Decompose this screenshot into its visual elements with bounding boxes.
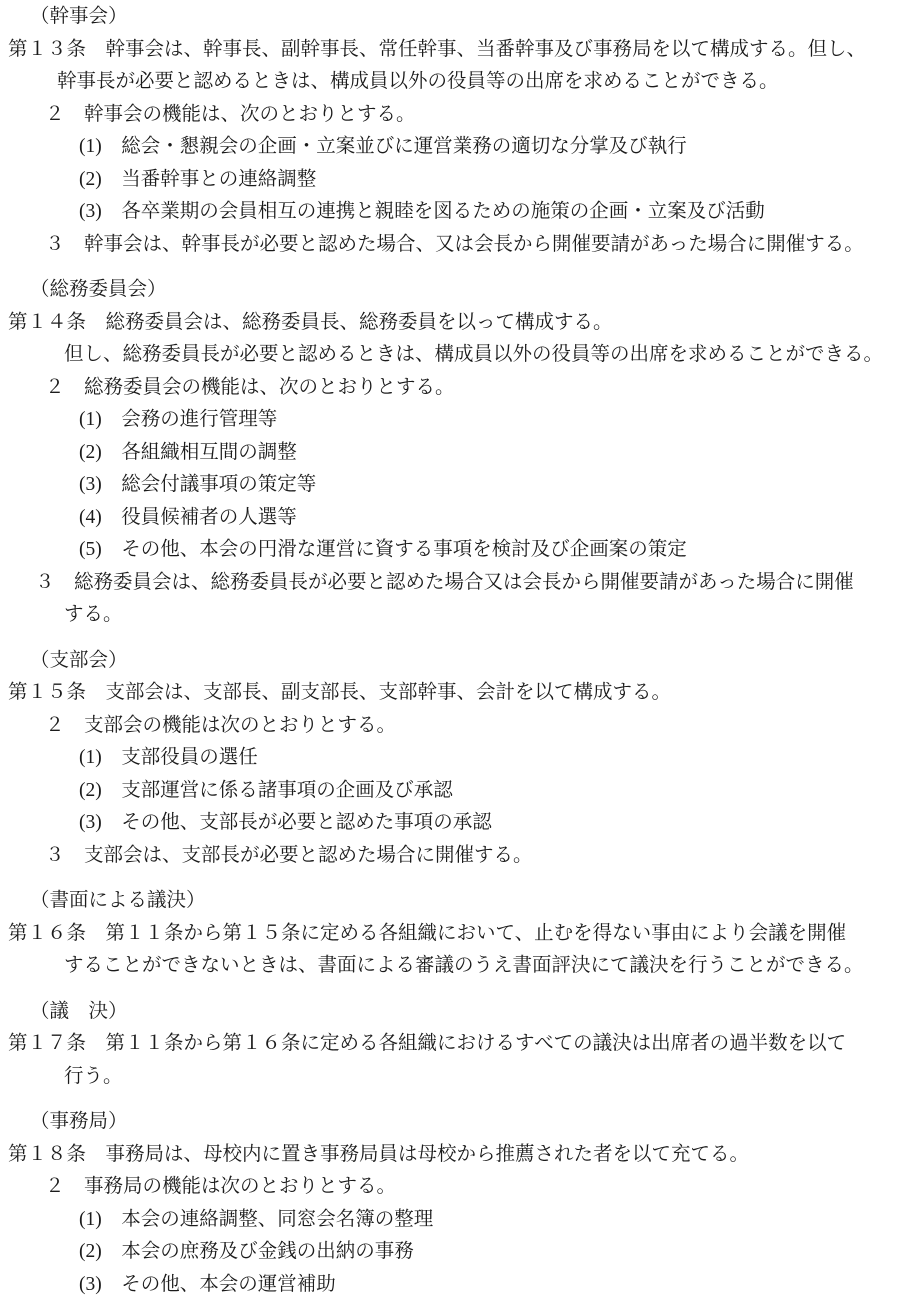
article-14-item-2: (2) 各組織相互間の調整	[0, 437, 900, 470]
section-heading: （事務局）	[0, 1106, 900, 1139]
article-13-item-3: (3) 各卒業期の会員相互の連携と親睦を図るための施策の企画・立案及び活動	[0, 196, 900, 229]
section-kanjikai: （幹事会） 第１３条 幹事会は、幹事長、副幹事長、常任幹事、当番幹事及び事務局を…	[0, 1, 900, 261]
section-soumu-iinkai: （総務委員会） 第１４条 総務委員会は、総務委員長、総務委員を以って構成する。 …	[0, 274, 900, 632]
section-heading: （書面による議決）	[0, 885, 900, 918]
article-14-item-5: (5) その他、本会の円滑な運営に資する事項を検討及び企画案の策定	[0, 534, 900, 567]
article-14-line: 第１４条 総務委員会は、総務委員長、総務委員を以って構成する。	[0, 307, 900, 340]
article-15-clause-3: ３ 支部会は、支部長が必要と認めた場合に開催する。	[0, 840, 900, 873]
article-13-item-2: (2) 当番幹事との連絡調整	[0, 164, 900, 197]
section-heading: （総務委員会）	[0, 274, 900, 307]
article-14-clause-3-continuation: する。	[0, 599, 900, 632]
article-14-item-1: (1) 会務の進行管理等	[0, 404, 900, 437]
article-14-item-3: (3) 総会付議事項の策定等	[0, 469, 900, 502]
section-giketsu: （議 決） 第１７条 第１１条から第１６条に定める各組織におけるすべての議決は出…	[0, 996, 900, 1094]
section-shomen-giketsu: （書面による議決） 第１６条 第１１条から第１５条に定める各組織において、止むを…	[0, 885, 900, 983]
article-13-clause-2: ２ 幹事会の機能は、次のとおりとする。	[0, 99, 900, 132]
article-18-line: 第１８条 事務局は、母校内に置き事務局員は母校から推薦された者を以て充てる。	[0, 1139, 900, 1172]
document-page: （幹事会） 第１３条 幹事会は、幹事長、副幹事長、常任幹事、当番幹事及び事務局を…	[0, 0, 900, 1298]
article-15-clause-2: ２ 支部会の機能は次のとおりとする。	[0, 710, 900, 743]
article-13-line: 第１３条 幹事会は、幹事長、副幹事長、常任幹事、当番幹事及び事務局を以て構成する…	[0, 34, 900, 67]
article-15-item-1: (1) 支部役員の選任	[0, 742, 900, 775]
article-14-item-4: (4) 役員候補者の人選等	[0, 502, 900, 535]
article-18-item-1: (1) 本会の連絡調整、同窓会名簿の整理	[0, 1204, 900, 1237]
article-18-item-2: (2) 本会の庶務及び金銭の出納の事務	[0, 1236, 900, 1269]
article-15-line: 第１５条 支部会は、支部長、副支部長、支部幹事、会計を以て構成する。	[0, 677, 900, 710]
article-13-clause-3: ３ 幹事会は、幹事長が必要と認めた場合、又は会長から開催要請があった場合に開催す…	[0, 229, 900, 262]
section-heading: （議 決）	[0, 996, 900, 1029]
article-14-clause-3: ３ 総務委員会は、総務委員長が必要と認めた場合又は会長から開催要請があった場合に…	[0, 567, 900, 600]
article-16-line: 第１６条 第１１条から第１５条に定める各組織において、止むを得ない事由により会議…	[0, 918, 900, 951]
section-heading: （支部会）	[0, 645, 900, 678]
article-18-item-3: (3) その他、本会の運営補助	[0, 1269, 900, 1298]
section-jimukyoku: （事務局） 第１８条 事務局は、母校内に置き事務局員は母校から推薦された者を以て…	[0, 1106, 900, 1298]
article-16-continuation: することができないときは、書面による審議のうえ書面評決にて議決を行うことができる…	[0, 950, 900, 983]
article-17-continuation: 行う。	[0, 1061, 900, 1094]
article-13-item-1: (1) 総会・懇親会の企画・立案並びに運営業務の適切な分掌及び執行	[0, 131, 900, 164]
article-15-item-2: (2) 支部運営に係る諸事項の企画及び承認	[0, 775, 900, 808]
article-14-continuation: 但し、総務委員長が必要と認めるときは、構成員以外の役員等の出席を求めることができ…	[0, 339, 900, 372]
article-15-item-3: (3) その他、支部長が必要と認めた事項の承認	[0, 807, 900, 840]
article-14-clause-2: ２ 総務委員会の機能は、次のとおりとする。	[0, 372, 900, 405]
section-heading: （幹事会）	[0, 1, 900, 34]
section-shibukai: （支部会） 第１５条 支部会は、支部長、副支部長、支部幹事、会計を以て構成する。…	[0, 645, 900, 873]
article-17-line: 第１７条 第１１条から第１６条に定める各組織におけるすべての議決は出席者の過半数…	[0, 1028, 900, 1061]
article-18-clause-2: ２ 事務局の機能は次のとおりとする。	[0, 1171, 900, 1204]
article-13-continuation: 幹事長が必要と認めるときは、構成員以外の役員等の出席を求めることができる。	[0, 66, 900, 99]
